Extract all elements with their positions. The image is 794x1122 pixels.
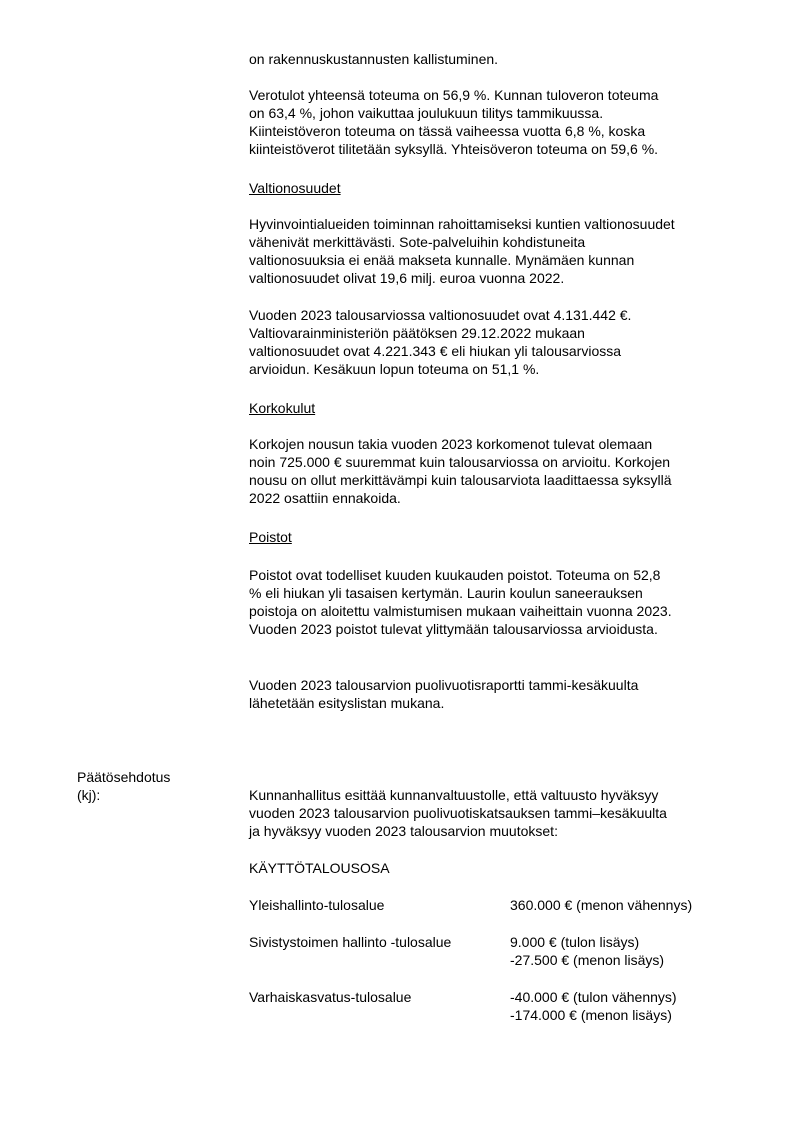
verotulot-line: kiinteistöverot tilitetään syksyllä. Yht…	[249, 140, 658, 158]
section-title: KÄYTTÖTALOUSOSA	[249, 859, 390, 877]
intro-tail: on rakennuskustannusten kallistuminen.	[249, 50, 498, 68]
poistot-line: % eli hiukan yli tasaisen kertymän. Laur…	[249, 584, 643, 602]
poistot-line: poistoja on aloitettu valmistumisen muka…	[249, 602, 672, 620]
valtionosuudet-line: Hyvinvointialueiden toiminnan rahoittami…	[249, 215, 675, 233]
budget-item-name: Sivistystoimen hallinto -tulosalue	[249, 933, 451, 951]
document-page: on rakennuskustannusten kallistuminen. V…	[0, 0, 794, 1122]
valtionosuudet-line: vähenivät merkittävästi. Sote-palveluihi…	[249, 233, 585, 251]
poistot-line: Vuoden 2023 poistot tulevat ylittymään t…	[249, 620, 658, 638]
korkokulut-line: nousu on ollut merkittävämpi kuin talous…	[249, 471, 672, 489]
budget-item-change: 9.000 € (tulon lisäys)	[510, 933, 639, 951]
budget-item-change: 360.000 € (menon vähennys)	[510, 896, 692, 914]
verotulot-line: on 63,4 %, johon vaikuttaa joulukuun til…	[249, 104, 603, 122]
korkokulut-line: Korkojen nousun takia vuoden 2023 korkom…	[249, 435, 652, 453]
proposal-label-kj: (kj):	[77, 786, 100, 804]
valtionosuudet-line: valtionosuudet ovat 4.221.343 € eli hiuk…	[249, 342, 621, 360]
valtionosuudet-line: Valtiovarainministeriön päätöksen 29.12.…	[249, 324, 585, 342]
report-note-line: Vuoden 2023 talousarvion puolivuotisrapo…	[249, 676, 638, 694]
valtionosuudet-line: arvioidun. Kesäkuun lopun toteuma on 51,…	[249, 360, 539, 378]
budget-item-change: -27.500 € (menon lisäys)	[510, 951, 664, 969]
budget-item-name: Yleishallinto-tulosalue	[249, 896, 384, 914]
valtionosuudet-line: Vuoden 2023 talousarviossa valtionosuude…	[249, 306, 631, 324]
proposal-text-line: Kunnanhallitus esittää kunnanvaltuustoll…	[249, 786, 658, 804]
budget-item-name: Varhaiskasvatus-tulosalue	[249, 988, 411, 1006]
korkokulut-line: 2022 osattiin ennakoida.	[249, 489, 401, 507]
poistot-line: Poistot ovat todelliset kuuden kuukauden…	[249, 566, 660, 584]
budget-item-change: -174.000 € (menon lisäys)	[510, 1006, 672, 1024]
proposal-text-line: vuoden 2023 talousarvion puolivuotiskats…	[249, 804, 667, 822]
valtionosuudet-line: valtionosuudet olivat 19,6 milj. euroa v…	[249, 269, 564, 287]
heading-valtionosuudet: Valtionosuudet	[249, 179, 341, 197]
budget-item-change: -40.000 € (tulon vähennys)	[510, 988, 677, 1006]
heading-korkokulut: Korkokulut	[249, 399, 315, 417]
proposal-text-line: ja hyväksyy vuoden 2023 talousarvion muu…	[249, 822, 558, 840]
report-note-line: lähetetään esityslistan mukana.	[249, 694, 444, 712]
proposal-label: Päätösehdotus	[77, 768, 170, 786]
verotulot-line: Kiinteistöveron toteuma on tässä vaihees…	[249, 122, 645, 140]
heading-poistot: Poistot	[249, 528, 292, 546]
verotulot-line: Verotulot yhteensä toteuma on 56,9 %. Ku…	[249, 86, 658, 104]
valtionosuudet-line: valtionosuuksia ei enää makseta kunnalle…	[249, 251, 634, 269]
korkokulut-line: noin 725.000 € suuremmat kuin talousarvi…	[249, 453, 670, 471]
